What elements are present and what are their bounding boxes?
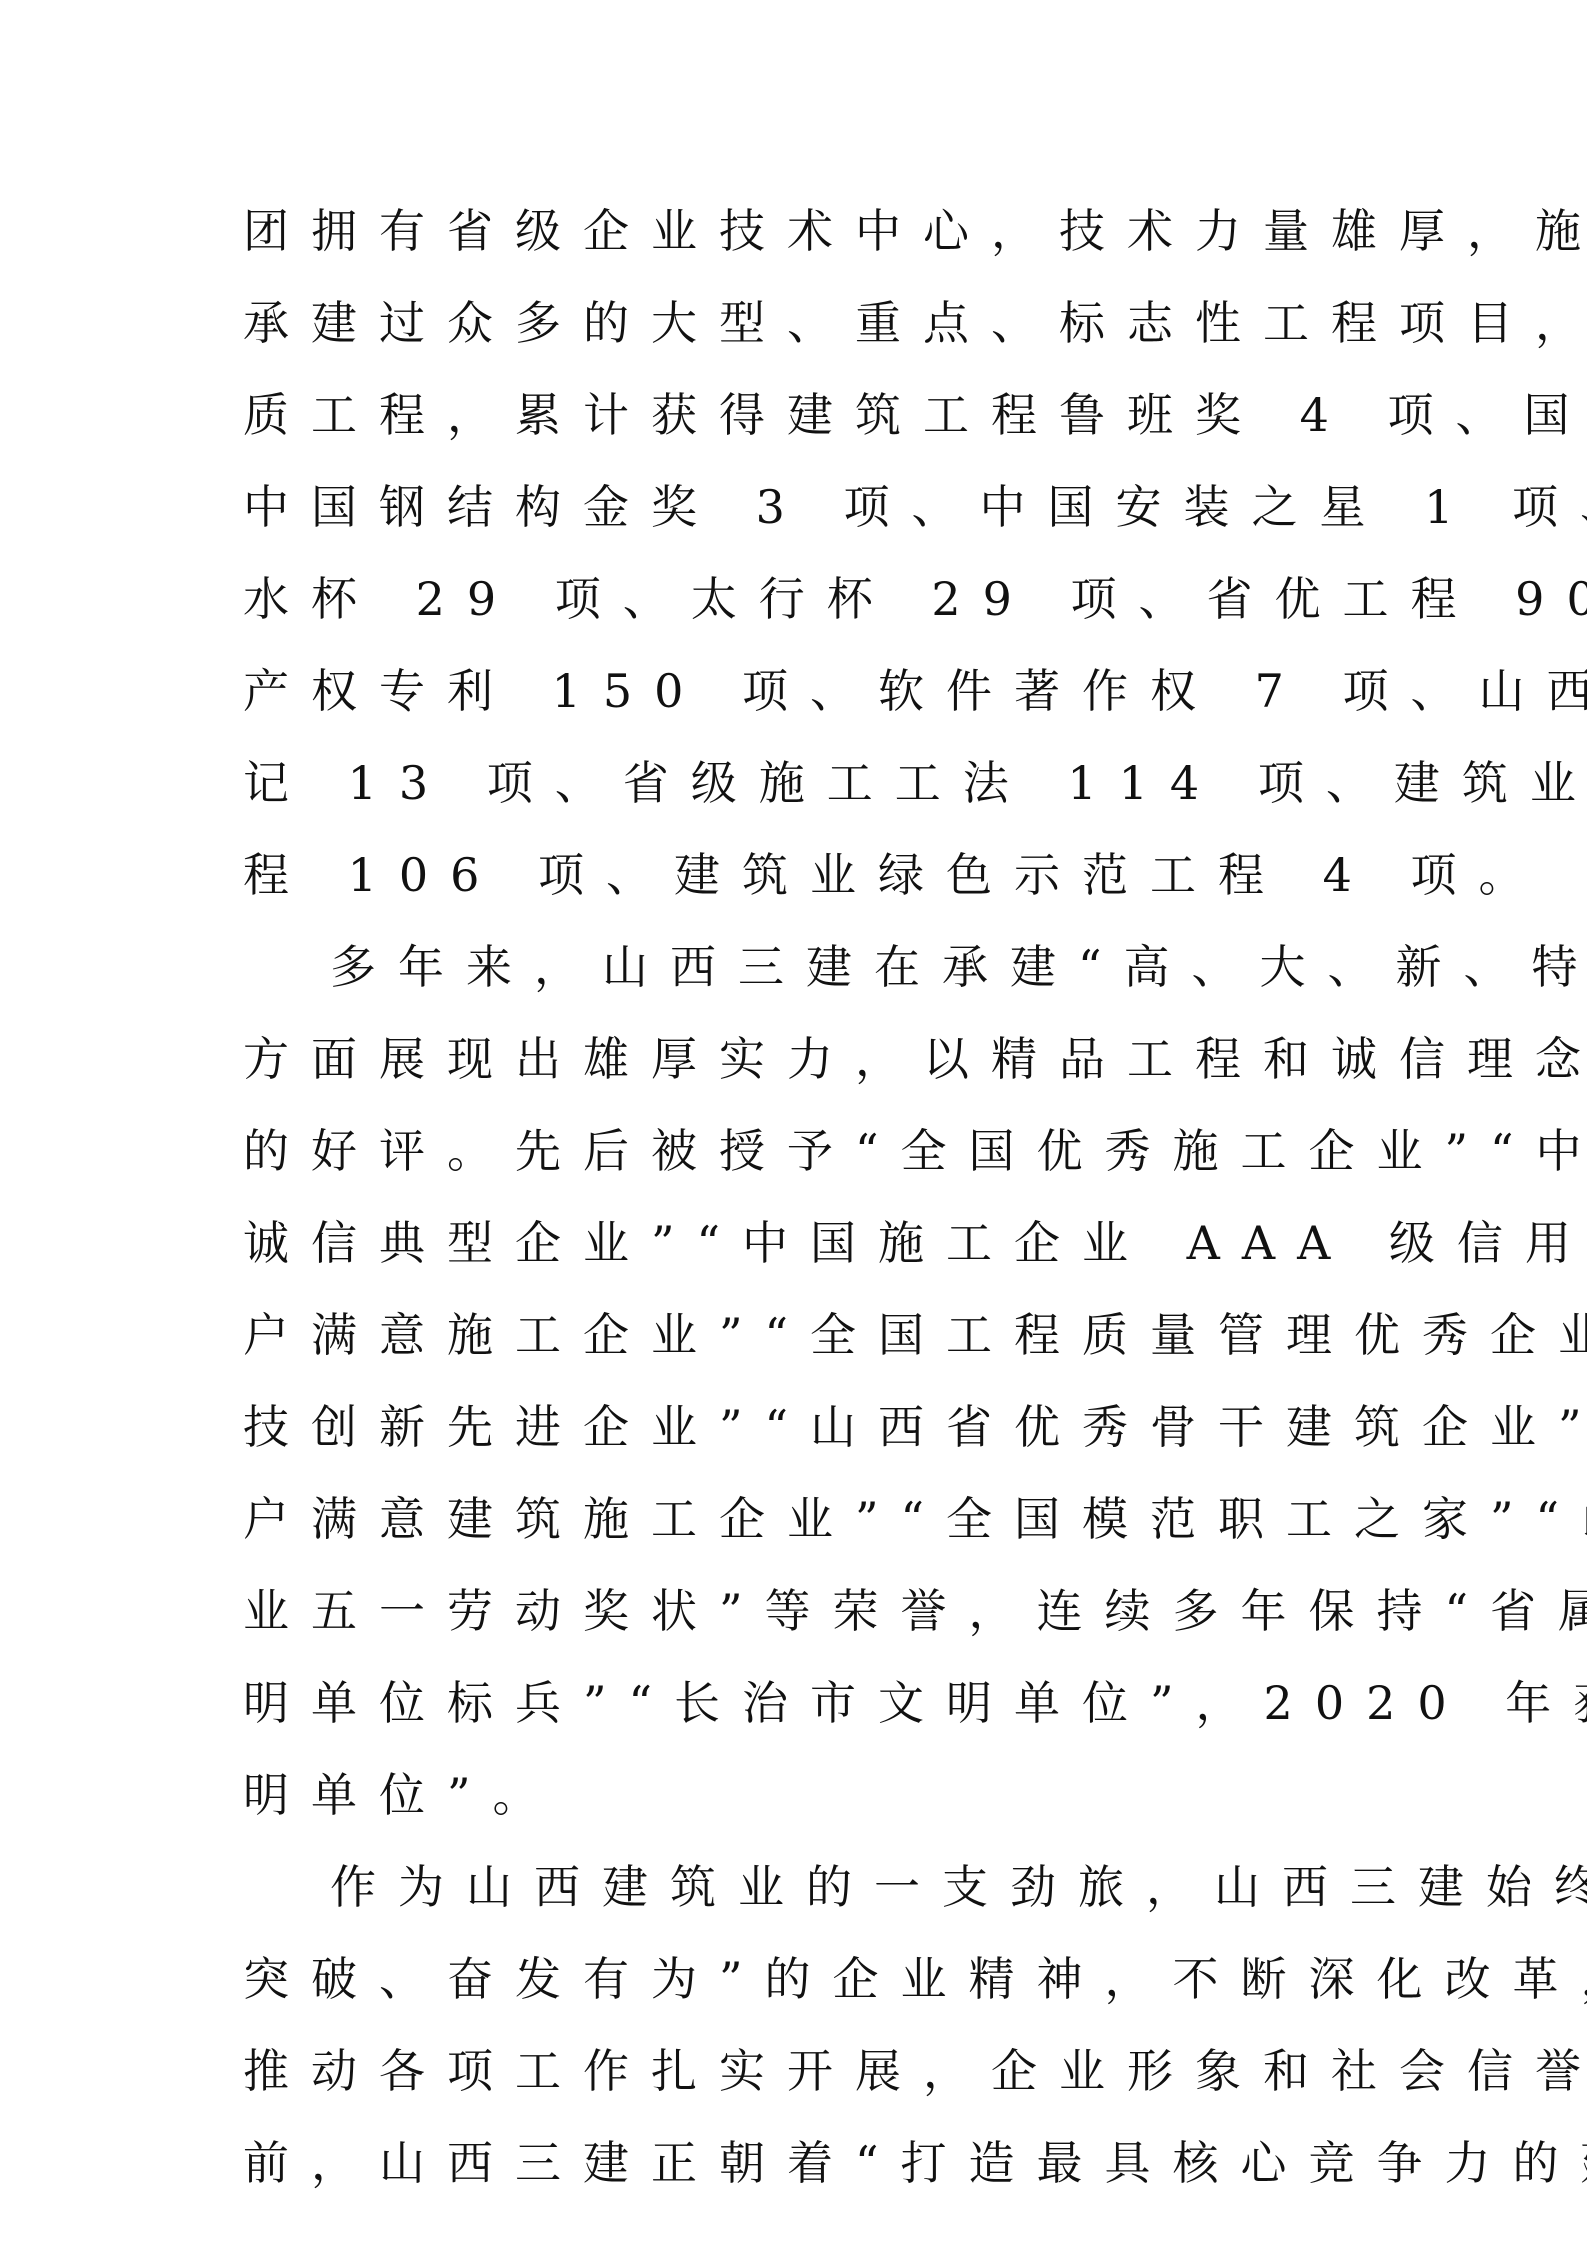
text-line: 团拥有省级企业技术中心，技术力量雄厚，施工经验丰富，: [243, 185, 1353, 277]
text-line: 质工程，累计获得建筑工程鲁班奖 4 项、国家优质工程 3 项、: [243, 369, 1353, 461]
text-line: 技创新先进企业”“山西省优秀骨干建筑企业”“山西省用: [243, 1381, 1353, 1473]
text-line: 推动各项工作扎实开展，企业形象和社会信誉大幅提升。目: [243, 2025, 1353, 2117]
paragraph-spirit: 作为山西建筑业的一支劲旅，山西三建始终秉承“创新 突破、奋发有为”的企业精神，不…: [243, 1841, 1353, 2209]
text-line: 水杯 29 项、太行杯 29 项、省优工程 90 项，拥有国家知识: [243, 553, 1353, 645]
text-line: 的好评。先后被授予“全国优秀施工企业”“中国工程建设: [243, 1105, 1353, 1197]
text-line: 户满意施工企业”“全国工程质量管理优秀企业”“中国科: [243, 1289, 1353, 1381]
text-line: 诚信典型企业”“中国施工企业 AAA 级信用企业”“全国用: [243, 1197, 1353, 1289]
text-line: 记 13 项、省级施工工法 114 项、建筑业新技术应用示范工: [243, 737, 1353, 829]
text-line: 突破、奋发有为”的企业精神，不断深化改革，创新管理，: [243, 1933, 1353, 2025]
text-line: 方面展现出雄厚实力，以精品工程和诚信理念受到社会各界: [243, 1013, 1353, 1105]
text-line: 中国钢结构金奖 3 项、中国安装之星 1 项、广厦奖 2 项、汾: [243, 461, 1353, 553]
text-line: 户满意建筑施工企业”“全国模范职工之家”“山西省建筑: [243, 1473, 1353, 1565]
paragraph-achievements: 团拥有省级企业技术中心，技术力量雄厚，施工经验丰富， 承建过众多的大型、重点、标…: [243, 185, 1353, 921]
text-line: 业五一劳动奖状”等荣誉，连续多年保持“省属国有企业文: [243, 1565, 1353, 1657]
text-line: 明单位标兵”“长治市文明单位”，2020 年获评“山西省文: [243, 1657, 1353, 1749]
text-line: 多年来，山西三建在承建“高、大、新、特、重”工程: [243, 921, 1353, 1013]
text-line: 明单位”。: [243, 1749, 1353, 1841]
text-line: 作为山西建筑业的一支劲旅，山西三建始终秉承“创新: [243, 1841, 1353, 1933]
document-page: 团拥有省级企业技术中心，技术力量雄厚，施工经验丰富， 承建过众多的大型、重点、标…: [243, 185, 1353, 2209]
text-line: 承建过众多的大型、重点、标志性工程项目，创建了大批优: [243, 277, 1353, 369]
text-line: 产权专利 150 项、软件著作权 7 项、山西省建设科技成果登: [243, 645, 1353, 737]
text-line: 前，山西三建正朝着“打造最具核心竞争力的建设企业集团”: [243, 2117, 1353, 2209]
paragraph-honors: 多年来，山西三建在承建“高、大、新、特、重”工程 方面展现出雄厚实力，以精品工程…: [243, 921, 1353, 1841]
text-line: 程 106 项、建筑业绿色示范工程 4 项。: [243, 829, 1353, 921]
